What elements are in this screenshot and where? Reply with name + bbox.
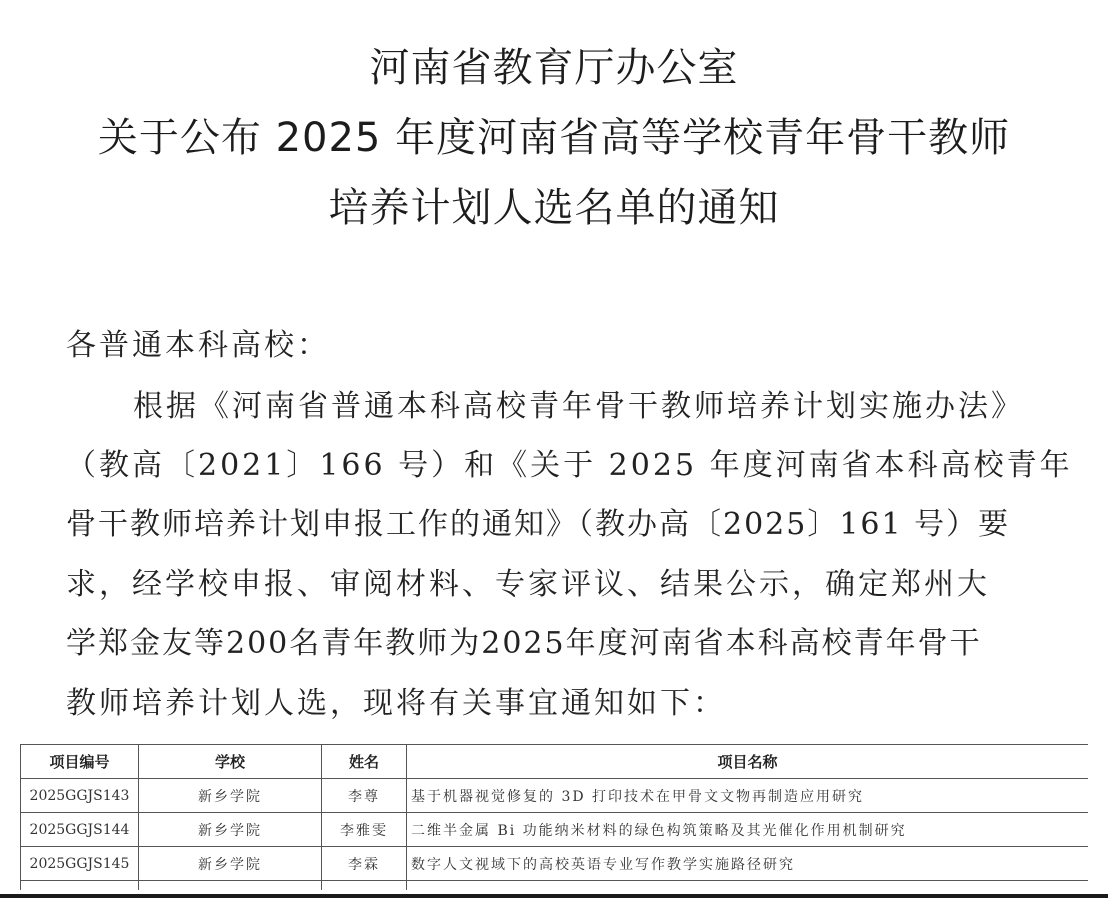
title-issuer: 河南省教育厅办公室 bbox=[0, 44, 1108, 92]
body-paragraph-line: 教师培养计划人选，现将有关事宜通知如下： bbox=[66, 684, 726, 724]
body-paragraph-line: 骨干教师培养计划申报工作的通知》（教办高〔2025〕161 号）要 bbox=[66, 505, 1010, 545]
title-line-3: 培养计划人选名单的通知 bbox=[0, 184, 1108, 232]
title-line-2: 关于公布 2025 年度河南省高等学校青年骨干教师 bbox=[0, 114, 1108, 162]
cell-project-title: 基于机器视觉修复的 3D 打印技术在甲骨文文物再制造应用研究 bbox=[407, 779, 1089, 813]
page-bottom-edge bbox=[0, 894, 1108, 898]
cell-school: 新乡学院 bbox=[139, 779, 322, 813]
cell-project-title: 数字人文视域下的高校英语专业写作教学实施路径研究 bbox=[407, 847, 1089, 881]
body-paragraph-line: 学郑金友等200名青年教师为2025年度河南省本科高校青年骨干 bbox=[66, 624, 982, 664]
cell-project-id: 2025GGJS145 bbox=[21, 847, 139, 881]
table-row: 2025GGJS145 新乡学院 李霖 数字人文视域下的高校英语专业写作教学实施… bbox=[21, 847, 1089, 881]
cell-project-title: 二维半金属 Bi 功能纳米材料的绿色构筑策略及其光催化作用机制研究 bbox=[407, 813, 1089, 847]
cell-school: 新乡学院 bbox=[139, 813, 322, 847]
column-header-school: 学校 bbox=[139, 745, 322, 779]
cell-name: 李尊 bbox=[322, 779, 407, 813]
salutation: 各普通本科高校： bbox=[66, 326, 330, 366]
table-header-row: 项目编号 学校 姓名 项目名称 bbox=[21, 745, 1089, 779]
column-header-name: 姓名 bbox=[322, 745, 407, 779]
column-header-project-title: 项目名称 bbox=[407, 745, 1089, 779]
body-paragraph-line: 根据《河南省普通本科高校青年骨干教师培养计划实施办法》 bbox=[133, 387, 1024, 427]
table-row: 2025GGJS143 新乡学院 李尊 基于机器视觉修复的 3D 打印技术在甲骨… bbox=[21, 779, 1089, 813]
cell-project-id: 2025GGJS143 bbox=[21, 779, 139, 813]
cell-name: 李雅雯 bbox=[322, 813, 407, 847]
cell-school: 新乡学院 bbox=[139, 847, 322, 881]
table-row-cutoff bbox=[21, 881, 1089, 891]
body-paragraph-line: 求，经学校申报、审阅材料、专家评议、结果公示，确定郑州大 bbox=[66, 565, 990, 605]
cell-project-id: 2025GGJS144 bbox=[21, 813, 139, 847]
candidate-table: 项目编号 学校 姓名 项目名称 2025GGJS143 新乡学院 李尊 基于机器… bbox=[20, 744, 1088, 890]
body-paragraph-line: （教高〔2021〕166 号）和《关于 2025 年度河南省本科高校青年 bbox=[66, 446, 1073, 486]
cell-name: 李霖 bbox=[322, 847, 407, 881]
column-header-project-id: 项目编号 bbox=[21, 745, 139, 779]
table-row: 2025GGJS144 新乡学院 李雅雯 二维半金属 Bi 功能纳米材料的绿色构… bbox=[21, 813, 1089, 847]
